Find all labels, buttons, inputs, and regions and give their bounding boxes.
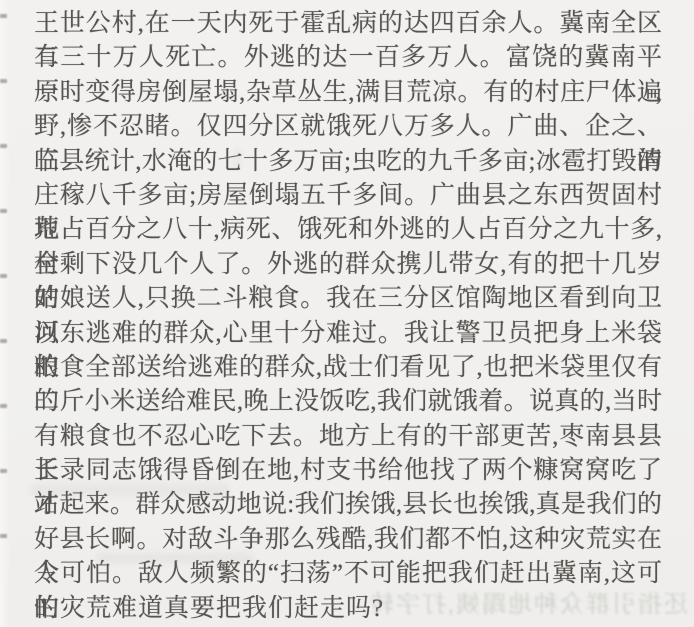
body-text-block: 王世公村,在一天内死于霍乱病的达四百余人。冀南全区有 二三十万人死亡。外逃的达一…: [34, 7, 662, 626]
text-line: 庄稼八千多亩;房屋倒塌五千多间。广曲县之东西贺固村荒: [34, 179, 662, 213]
page-edge-highlight: [0, 0, 10, 627]
scan-artifact: [0, 209, 7, 213]
scan-smudge: [30, 483, 230, 497]
scan-artifact: [0, 339, 7, 343]
text-line: 野,惨不忍睹。仅四分区就饿死八万多人。广曲、企之、临清: [34, 110, 662, 144]
scan-artifact: [0, 144, 7, 148]
text-line: 姑娘送人,只换二斗粮食。我在三分区馆陶地区看到向卫河: [34, 282, 662, 316]
scan-artifact: [0, 404, 7, 408]
text-line: 粮食全部送给逃难的群众,战士们看见了,也把米袋里仅有的: [34, 351, 662, 385]
text-line: 有粮食也不忍心吃下去。地方上有的干部更苦,枣南县县长: [34, 420, 662, 454]
scan-artifact: [0, 534, 7, 538]
text-line: 地占百分之八十,病死、饿死和外逃的人占百分之九十多,全: [34, 213, 662, 247]
text-line: 以东逃难的群众,心里十分难过。我让警卫员把身上米袋的: [34, 317, 662, 351]
text-line: 村剩下没几个人了。外逃的群众携儿带女,有的把十几岁的: [34, 248, 662, 282]
scanned-book-page: 王世公村,在一天内死于霍乱病的达四百余人。冀南全区有 二三十万人死亡。外逃的达一…: [0, 0, 694, 627]
text-line: 王世公村,在一天内死于霍乱病的达四百余人。冀南全区有: [34, 7, 662, 41]
scan-artifact: [0, 79, 7, 83]
text-line: 三县统计,水淹的七十多万亩;虫吃的九千多亩;冰雹打毁的: [34, 145, 662, 179]
text-line: 二三十万人死亡。外逃的达一百多万人。富饶的冀南平原,: [34, 41, 662, 75]
text-line: 二斤小米送给难民,晚上没饭吃,我们就饿着。说真的,当时: [34, 385, 662, 419]
scan-artifact: [0, 469, 7, 473]
ink-bleedthrough-text: 还指引群众种地蹋姨,打字转: [332, 584, 688, 619]
scan-artifact: [0, 274, 7, 278]
scan-smudge: [95, 552, 255, 564]
scan-smudge: [232, 148, 242, 170]
text-line: 一时变得房倒屋塌,杂草丛生,满目荒凉。有的村庄尸体遍: [34, 76, 662, 110]
scan-artifact: [0, 14, 7, 18]
